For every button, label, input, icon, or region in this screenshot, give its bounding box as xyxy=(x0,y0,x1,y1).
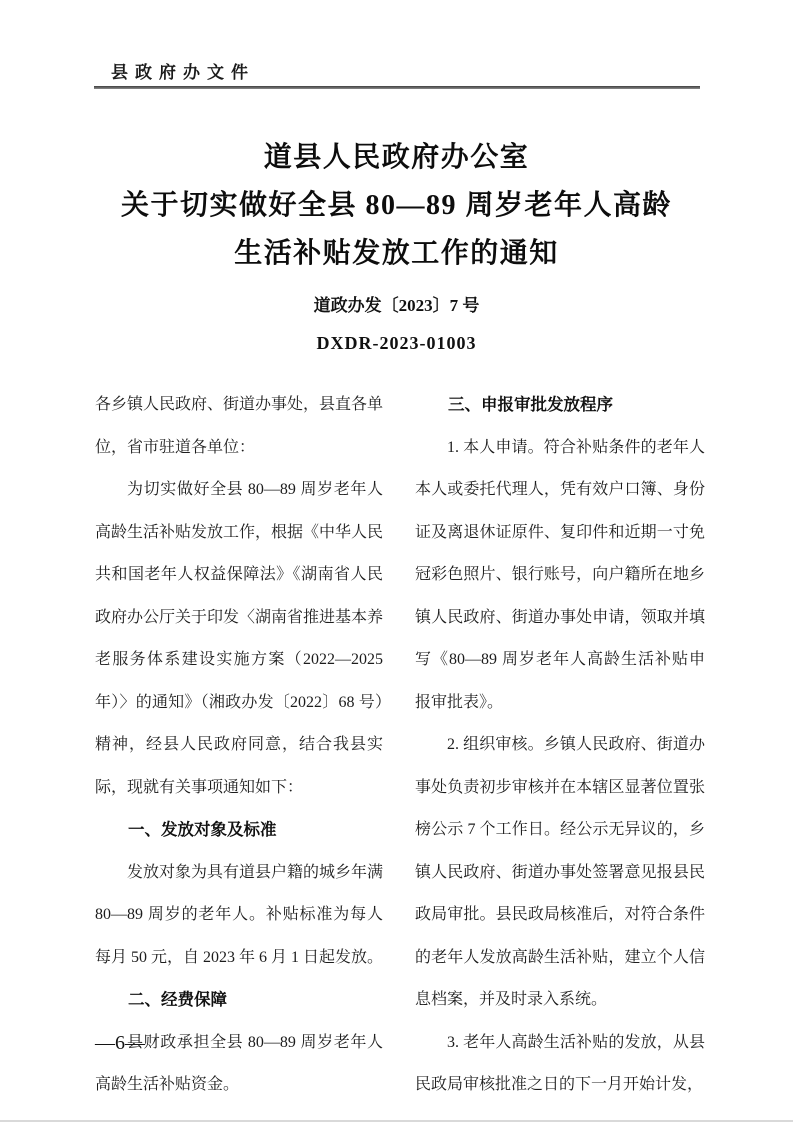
body-column-right: 三、申报审批发放程序 1. 本人申请。符合补贴条件的老年人本人或委托代理人，凭有… xyxy=(415,384,705,1107)
document-page: 县政府办文件 道县人民政府办公室 关于切实做好全县 80—89 周岁老年人高龄 … xyxy=(0,0,793,1122)
intro-paragraph: 为切实做好全县 80—89 周岁老年人高龄生活补贴发放工作，根据《中华人民共和国… xyxy=(95,469,383,809)
document-title-line-3: 生活补贴发放工作的通知 xyxy=(0,230,793,278)
section-heading-1: 一、发放对象及标准 xyxy=(95,809,383,852)
section-3-item-2-paragraph: 2. 组织审核。乡镇人民政府、街道办事处负责初步审核并在本辖区显著位置张榜公示 … xyxy=(415,724,705,1022)
header-rule xyxy=(94,86,700,89)
section-3-item-1-paragraph: 1. 本人申请。符合补贴条件的老年人本人或委托代理人，凭有效户口簿、身份证及离退… xyxy=(415,427,705,725)
document-code: DXDR-2023-01003 xyxy=(0,333,793,354)
section-1-paragraph: 发放对象为具有道县户籍的城乡年满 80—89 周岁的老年人。补贴标准为每人每月 … xyxy=(95,852,383,980)
page-number: —6— xyxy=(95,1031,145,1055)
document-title-line-2: 关于切实做好全县 80—89 周岁老年人高龄 xyxy=(0,182,793,230)
document-number: 道政办发〔2023〕7 号 xyxy=(0,291,793,316)
section-heading-2: 二、经费保障 xyxy=(95,979,383,1022)
section-heading-3: 三、申报审批发放程序 xyxy=(415,384,705,427)
document-title: 道县人民政府办公室 关于切实做好全县 80—89 周岁老年人高龄 生活补贴发放工… xyxy=(0,134,793,278)
document-category-label: 县政府办文件 xyxy=(111,58,255,83)
salutation-paragraph: 各乡镇人民政府、街道办事处，县直各单位，省市驻道各单位： xyxy=(95,384,383,469)
document-title-line-1: 道县人民政府办公室 xyxy=(0,134,793,182)
body-column-left: 各乡镇人民政府、街道办事处，县直各单位，省市驻道各单位： 为切实做好全县 80—… xyxy=(95,384,383,1107)
section-3-item-3-paragraph: 3. 老年人高龄生活补贴的发放，从县民政局审核批准之日的下一月开始计发， xyxy=(415,1022,705,1107)
